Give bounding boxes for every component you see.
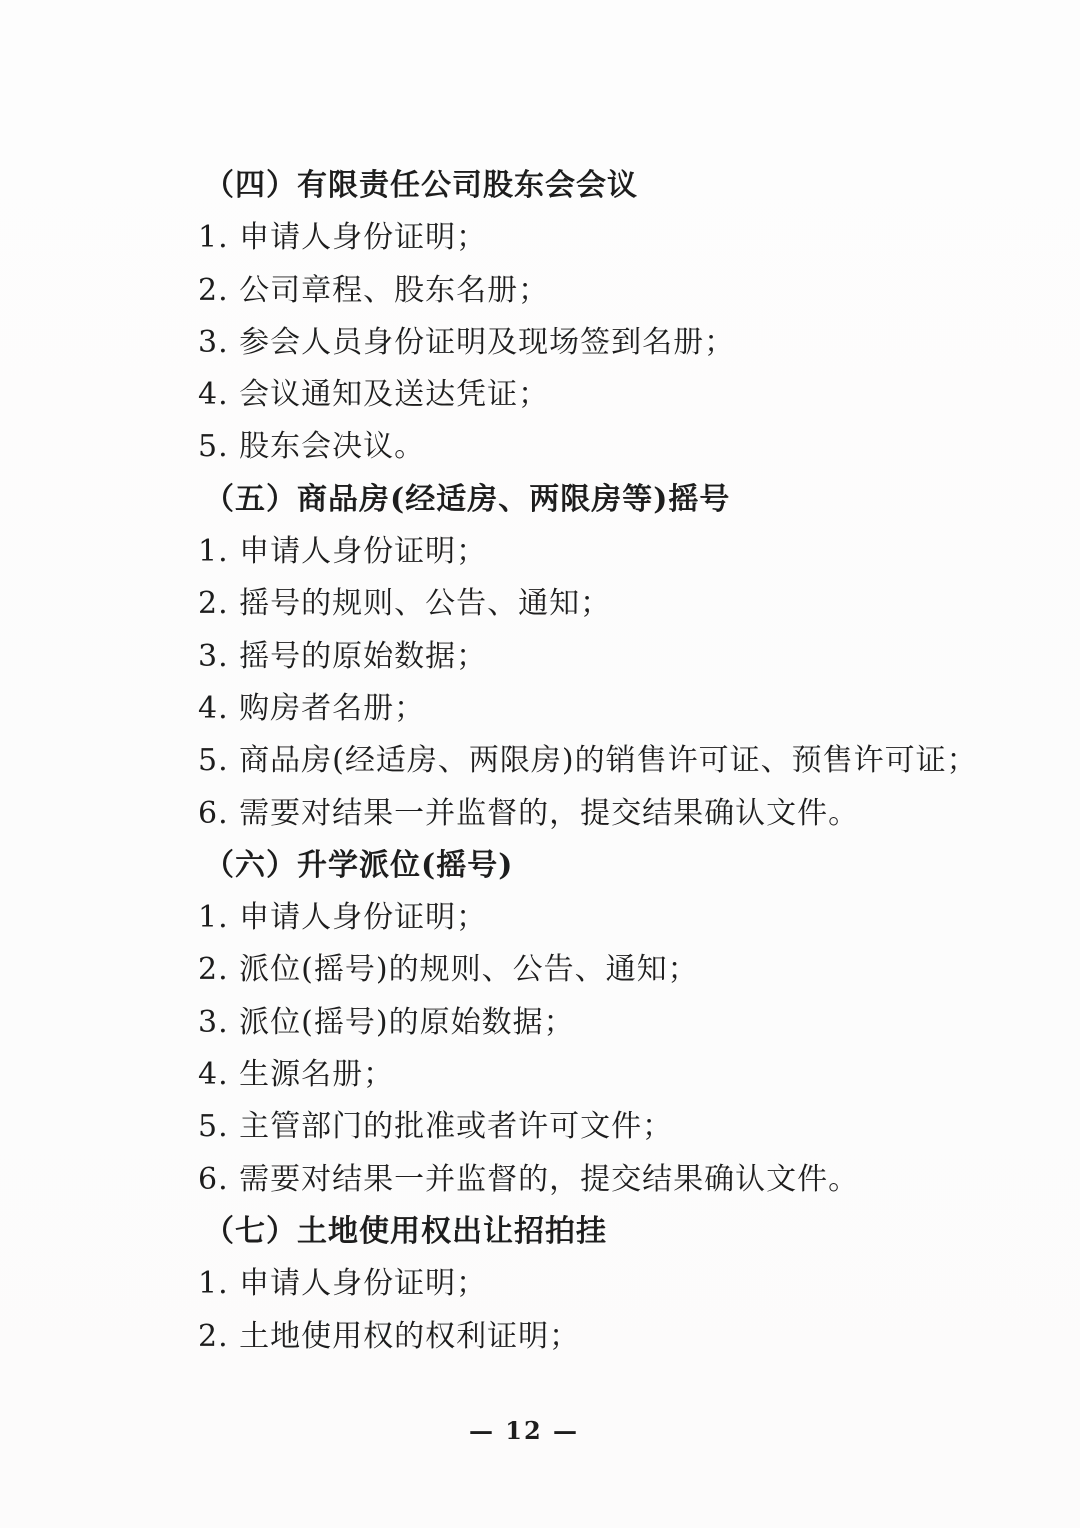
list-item: 1. 申请人身份证明； — [198, 526, 980, 578]
list-item: 1. 申请人身份证明； — [198, 212, 980, 264]
list-item: 2. 公司章程、股东名册； — [198, 265, 980, 317]
list-item: 2. 派位(摇号)的规则、公告、通知； — [198, 944, 980, 996]
document-page: （四）有限责任公司股东会会议 1. 申请人身份证明； 2. 公司章程、股东名册；… — [0, 0, 1080, 1528]
list-item: 5. 主管部门的批准或者许可文件； — [198, 1101, 980, 1153]
section-heading-7: （七）土地使用权出让招拍挂 — [198, 1206, 980, 1258]
list-item: 4. 生源名册； — [198, 1049, 980, 1101]
list-item: 2. 摇号的规则、公告、通知； — [198, 578, 980, 630]
list-item: 1. 申请人身份证明； — [198, 892, 980, 944]
list-item: 4. 购房者名册； — [198, 683, 980, 735]
list-item: 3. 派位(摇号)的原始数据； — [198, 997, 980, 1049]
list-item: 1. 申请人身份证明； — [198, 1258, 980, 1310]
page-number: — 12 — — [0, 1416, 1048, 1445]
list-item: 5. 商品房(经适房、两限房)的销售许可证、预售许可证； — [198, 735, 980, 787]
list-item: 3. 参会人员身份证明及现场签到名册； — [198, 317, 980, 369]
list-item: 6. 需要对结果一并监督的，提交结果确认文件。 — [198, 1154, 980, 1206]
list-item: 4. 会议通知及送达凭证； — [198, 369, 980, 421]
section-heading-4: （四）有限责任公司股东会会议 — [198, 160, 980, 212]
section-heading-5: （五）商品房(经适房、两限房等)摇号 — [198, 474, 980, 526]
list-item: 5. 股东会决议。 — [198, 421, 980, 473]
section-heading-6: （六）升学派位(摇号) — [198, 840, 980, 892]
list-item: 2. 土地使用权的权利证明； — [198, 1311, 980, 1363]
document-body: （四）有限责任公司股东会会议 1. 申请人身份证明； 2. 公司章程、股东名册；… — [198, 160, 980, 1363]
list-item: 6. 需要对结果一并监督的，提交结果确认文件。 — [198, 788, 980, 840]
list-item: 3. 摇号的原始数据； — [198, 631, 980, 683]
